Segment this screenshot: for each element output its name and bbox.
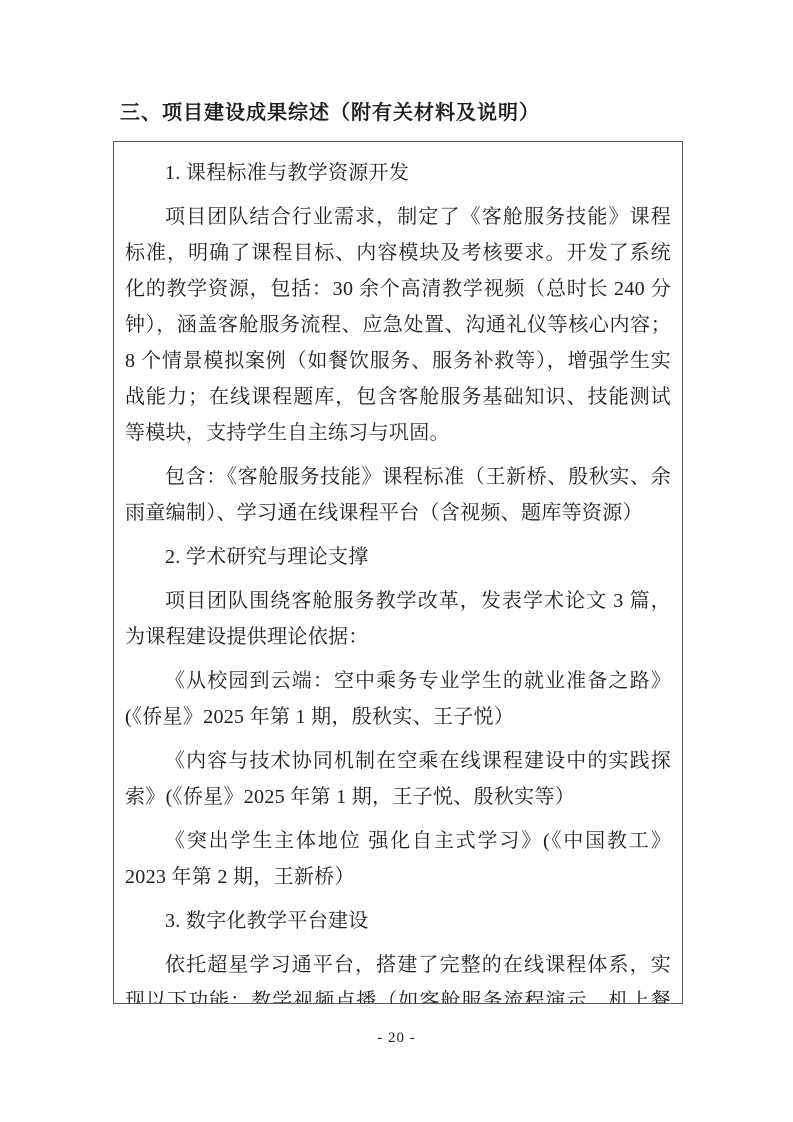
paragraph: 《突出学生主体地位 强化自主式学习》(《中国教工》2023 年第 2 期，王新桥… — [125, 823, 671, 895]
paragraph: 依托超星学习通平台，搭建了完整的在线课程体系，实现以下功能：教学视频点播（如客舱… — [125, 947, 671, 1004]
section-subheading: 1. 课程标准与教学资源开发 — [125, 155, 671, 191]
paragraph: 包含：《客舱服务技能》课程标准（王新桥、殷秋实、余雨童编制）、学习通在线课程平台… — [125, 459, 671, 531]
paragraph: 《从校园到云端：空中乘务专业学生的就业准备之路》(《侨星》2025 年第 1 期… — [125, 663, 671, 735]
paragraph: 项目团队围绕客舱服务教学改革，发表学术论文 3 篇，为课程建设提供理论依据： — [125, 583, 671, 655]
paragraph: 项目团队结合行业需求，制定了《客舱服务技能》课程标准，明确了课程目标、内容模块及… — [125, 199, 671, 451]
document-page: 三、项目建设成果综述（附有关材料及说明） 1. 课程标准与教学资源开发项目团队结… — [0, 0, 793, 1122]
content-box: 1. 课程标准与教学资源开发项目团队结合行业需求，制定了《客舱服务技能》课程标准… — [113, 141, 683, 1004]
page-number: - 20 - — [0, 1030, 793, 1047]
section-subheading: 3. 数字化教学平台建设 — [125, 903, 671, 939]
paragraph: 《内容与技术协同机制在空乘在线课程建设中的实践探索》(《侨星》2025 年第 1… — [125, 743, 671, 815]
section-subheading: 2. 学术研究与理论支撑 — [125, 539, 671, 575]
section-heading: 三、项目建设成果综述（附有关材料及说明） — [120, 96, 540, 125]
